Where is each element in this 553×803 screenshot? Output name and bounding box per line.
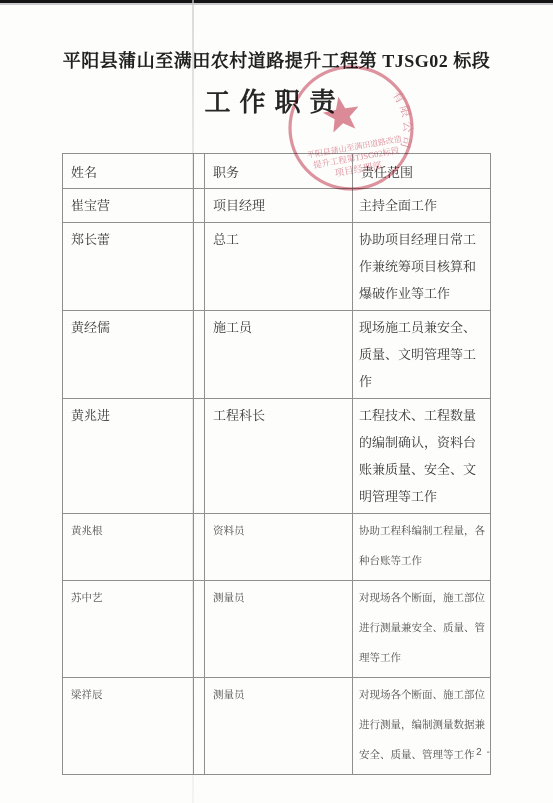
- cell-gap: [194, 399, 205, 514]
- table-row: 黄经儒 施工员 现场施工员兼安全、质量、文明管理等工作: [63, 311, 491, 399]
- table-row: 梁祥辰 测量员 对现场各个断面、施工部位进行测量，编制测量数据兼安全、质量、管理…: [63, 678, 491, 775]
- cell-gap: [194, 223, 205, 311]
- table-row: 黄兆根 资料员 协助工程科编制工程量，各种台账等工作: [63, 514, 491, 581]
- cell-name: 梁祥辰: [63, 678, 194, 775]
- cell-name: 苏中艺: [63, 581, 194, 678]
- scanner-edge-shadow: [0, 3, 553, 5]
- scanned-document-page: 平阳县蒲山至满田农村道路提升工程第 TJSG02 标段 工作职责 姓名 职务 责…: [0, 0, 553, 803]
- cell-position: 施工员: [205, 311, 353, 399]
- cell-name: 黄兆进: [63, 399, 194, 514]
- table-row: 黄兆进 工程科长 工程技术、工程数量的编制确认，资料台账兼质量、安全、文明管理等…: [63, 399, 491, 514]
- cell-responsibility: 对现场各个断面，施工部位进行测量兼安全、质量、管理等工作: [353, 581, 491, 678]
- cell-position: 测量员: [205, 581, 353, 678]
- table-row: 苏中艺 测量员 对现场各个断面，施工部位进行测量兼安全、质量、管理等工作: [63, 581, 491, 678]
- page-number: - 2 -: [468, 747, 491, 758]
- cell-responsibility: 现场施工员兼安全、质量、文明管理等工作: [353, 311, 491, 399]
- cell-responsibility: 工程技术、工程数量的编制确认，资料台账兼质量、安全、文明管理等工作: [353, 399, 491, 514]
- cell-position: 总工: [205, 223, 353, 311]
- cell-responsibility: 协助项目经理日常工作兼统筹项目核算和爆破作业等工作: [353, 223, 491, 311]
- cell-responsibility: 对现场各个断面、施工部位进行测量，编制测量数据兼安全、质量、管理等工作: [353, 678, 491, 775]
- header-gap: [194, 154, 205, 189]
- header-responsibility: 责任范围: [353, 154, 491, 189]
- cell-name: 黄兆根: [63, 514, 194, 581]
- cell-name: 崔宝营: [63, 189, 194, 223]
- cell-responsibility: 主持全面工作: [353, 189, 491, 223]
- cell-gap: [194, 311, 205, 399]
- cell-responsibility: 协助工程科编制工程量，各种台账等工作: [353, 514, 491, 581]
- cell-position: 工程科长: [205, 399, 353, 514]
- cell-position: 资料员: [205, 514, 353, 581]
- cell-gap: [194, 189, 205, 223]
- cell-position: 项目经理: [205, 189, 353, 223]
- header-name: 姓名: [63, 154, 194, 189]
- responsibilities-table: 姓名 职务 责任范围 崔宝营 项目经理 主持全面工作 郑长蕾 总工 协助项目经理…: [62, 153, 491, 775]
- cell-gap: [194, 581, 205, 678]
- table-header-row: 姓名 职务 责任范围: [63, 154, 491, 189]
- cell-name: 郑长蕾: [63, 223, 194, 311]
- cell-gap: [194, 678, 205, 775]
- cell-name: 黄经儒: [63, 311, 194, 399]
- cell-gap: [194, 514, 205, 581]
- document-subtitle: 工作职责: [0, 82, 540, 119]
- table-row: 崔宝营 项目经理 主持全面工作: [63, 189, 491, 223]
- cell-position: 测量员: [205, 678, 353, 775]
- header-position: 职务: [205, 154, 353, 189]
- table-row: 郑长蕾 总工 协助项目经理日常工作兼统筹项目核算和爆破作业等工作: [63, 223, 491, 311]
- table-body: 崔宝营 项目经理 主持全面工作 郑长蕾 总工 协助项目经理日常工作兼统筹项目核算…: [63, 189, 491, 775]
- document-title: 平阳县蒲山至满田农村道路提升工程第 TJSG02 标段: [0, 47, 553, 73]
